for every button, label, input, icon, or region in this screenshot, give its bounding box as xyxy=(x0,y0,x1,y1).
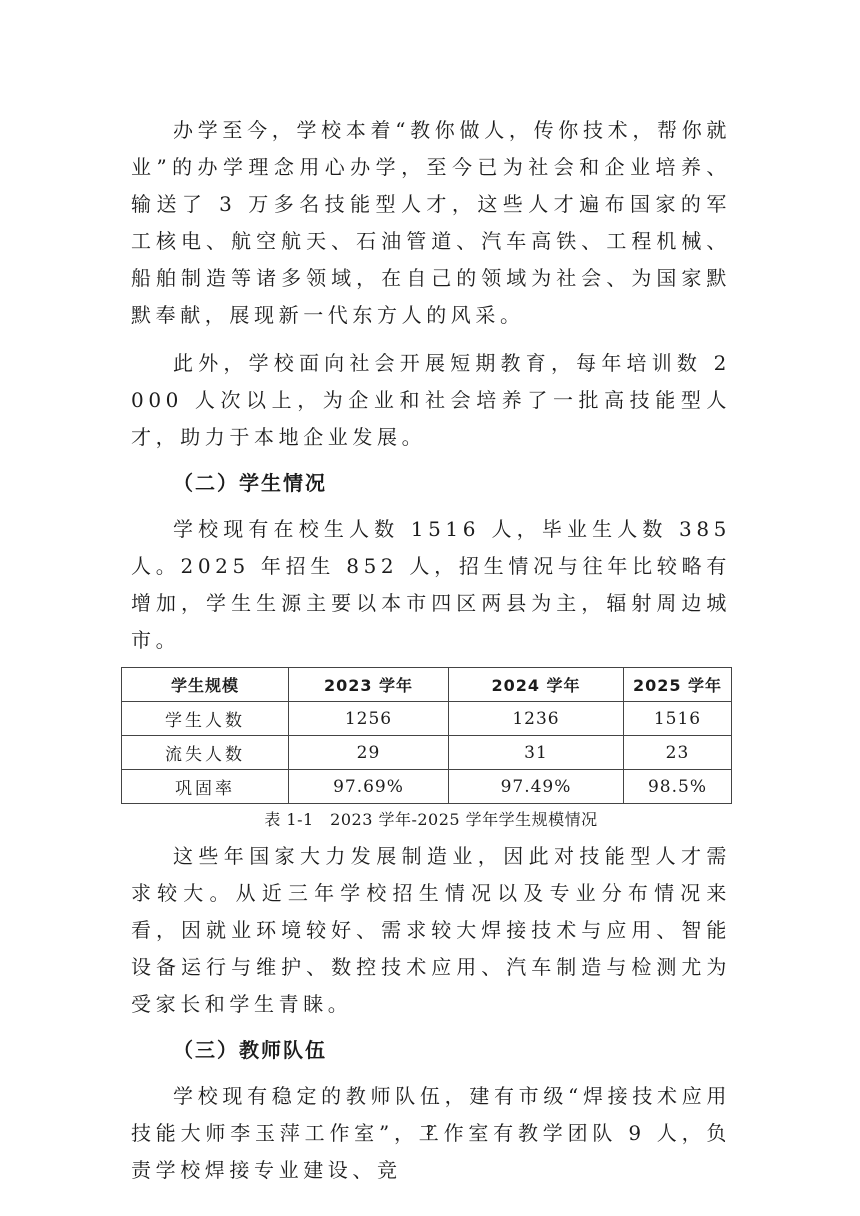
section-heading-teaching-staff: （三）教师队伍 xyxy=(131,1032,731,1069)
table-header-cell: 2023 学年 xyxy=(289,668,449,702)
table-header-row: 学生规模 2023 学年 2024 学年 2025 学年 xyxy=(122,668,732,702)
table-cell: 98.5% xyxy=(624,770,732,804)
table-row-label: 流失人数 xyxy=(122,736,289,770)
paragraph-school-history: 办学至今，学校本着“教你做人，传你技术，帮你就业”的办学理念用心办学，至今已为社… xyxy=(131,112,731,334)
table-cell: 97.49% xyxy=(449,770,624,804)
table-row: 巩固率 97.69% 97.49% 98.5% xyxy=(122,770,732,804)
table-cell: 97.69% xyxy=(289,770,449,804)
table-cell: 1516 xyxy=(624,702,732,736)
table-row-label: 学生人数 xyxy=(122,702,289,736)
table-cell: 1256 xyxy=(289,702,449,736)
paragraph-manufacturing-demand: 这些年国家大力发展制造业，因此对技能型人才需求较大。从近三年学校招生情况以及专业… xyxy=(131,838,731,1023)
table-cell: 23 xyxy=(624,736,732,770)
table-row: 学生人数 1256 1236 1516 xyxy=(122,702,732,736)
page-content: 办学至今，学校本着“教你做人，传你技术，帮你就业”的办学理念用心办学，至今已为社… xyxy=(131,112,731,1189)
paragraph-student-enrollment: 学校现有在校生人数 1516 人，毕业生人数 385 人。2025 年招生 85… xyxy=(131,511,731,659)
table-row-label: 巩固率 xyxy=(122,770,289,804)
table-cell: 31 xyxy=(449,736,624,770)
page-number: 2 xyxy=(0,1124,860,1139)
table-caption: 表 1-1 2023 学年-2025 学年学生规模情况 xyxy=(131,806,731,834)
paragraph-short-term-training: 此外，学校面向社会开展短期教育，每年培训数 2000 人次以上，为企业和社会培养… xyxy=(131,345,731,456)
table-row: 流失人数 29 31 23 xyxy=(122,736,732,770)
section-heading-student-situation: （二）学生情况 xyxy=(131,465,731,502)
student-scale-table: 学生规模 2023 学年 2024 学年 2025 学年 学生人数 1256 1… xyxy=(121,667,732,804)
student-scale-table-wrapper: 学生规模 2023 学年 2024 学年 2025 学年 学生人数 1256 1… xyxy=(121,667,731,804)
document-page: 办学至今，学校本着“教你做人，传你技术，帮你就业”的办学理念用心办学，至今已为社… xyxy=(0,0,860,1216)
table-cell: 29 xyxy=(289,736,449,770)
table-header-cell: 2024 学年 xyxy=(449,668,624,702)
table-cell: 1236 xyxy=(449,702,624,736)
table-header-cell: 学生规模 xyxy=(122,668,289,702)
table-header-cell: 2025 学年 xyxy=(624,668,732,702)
